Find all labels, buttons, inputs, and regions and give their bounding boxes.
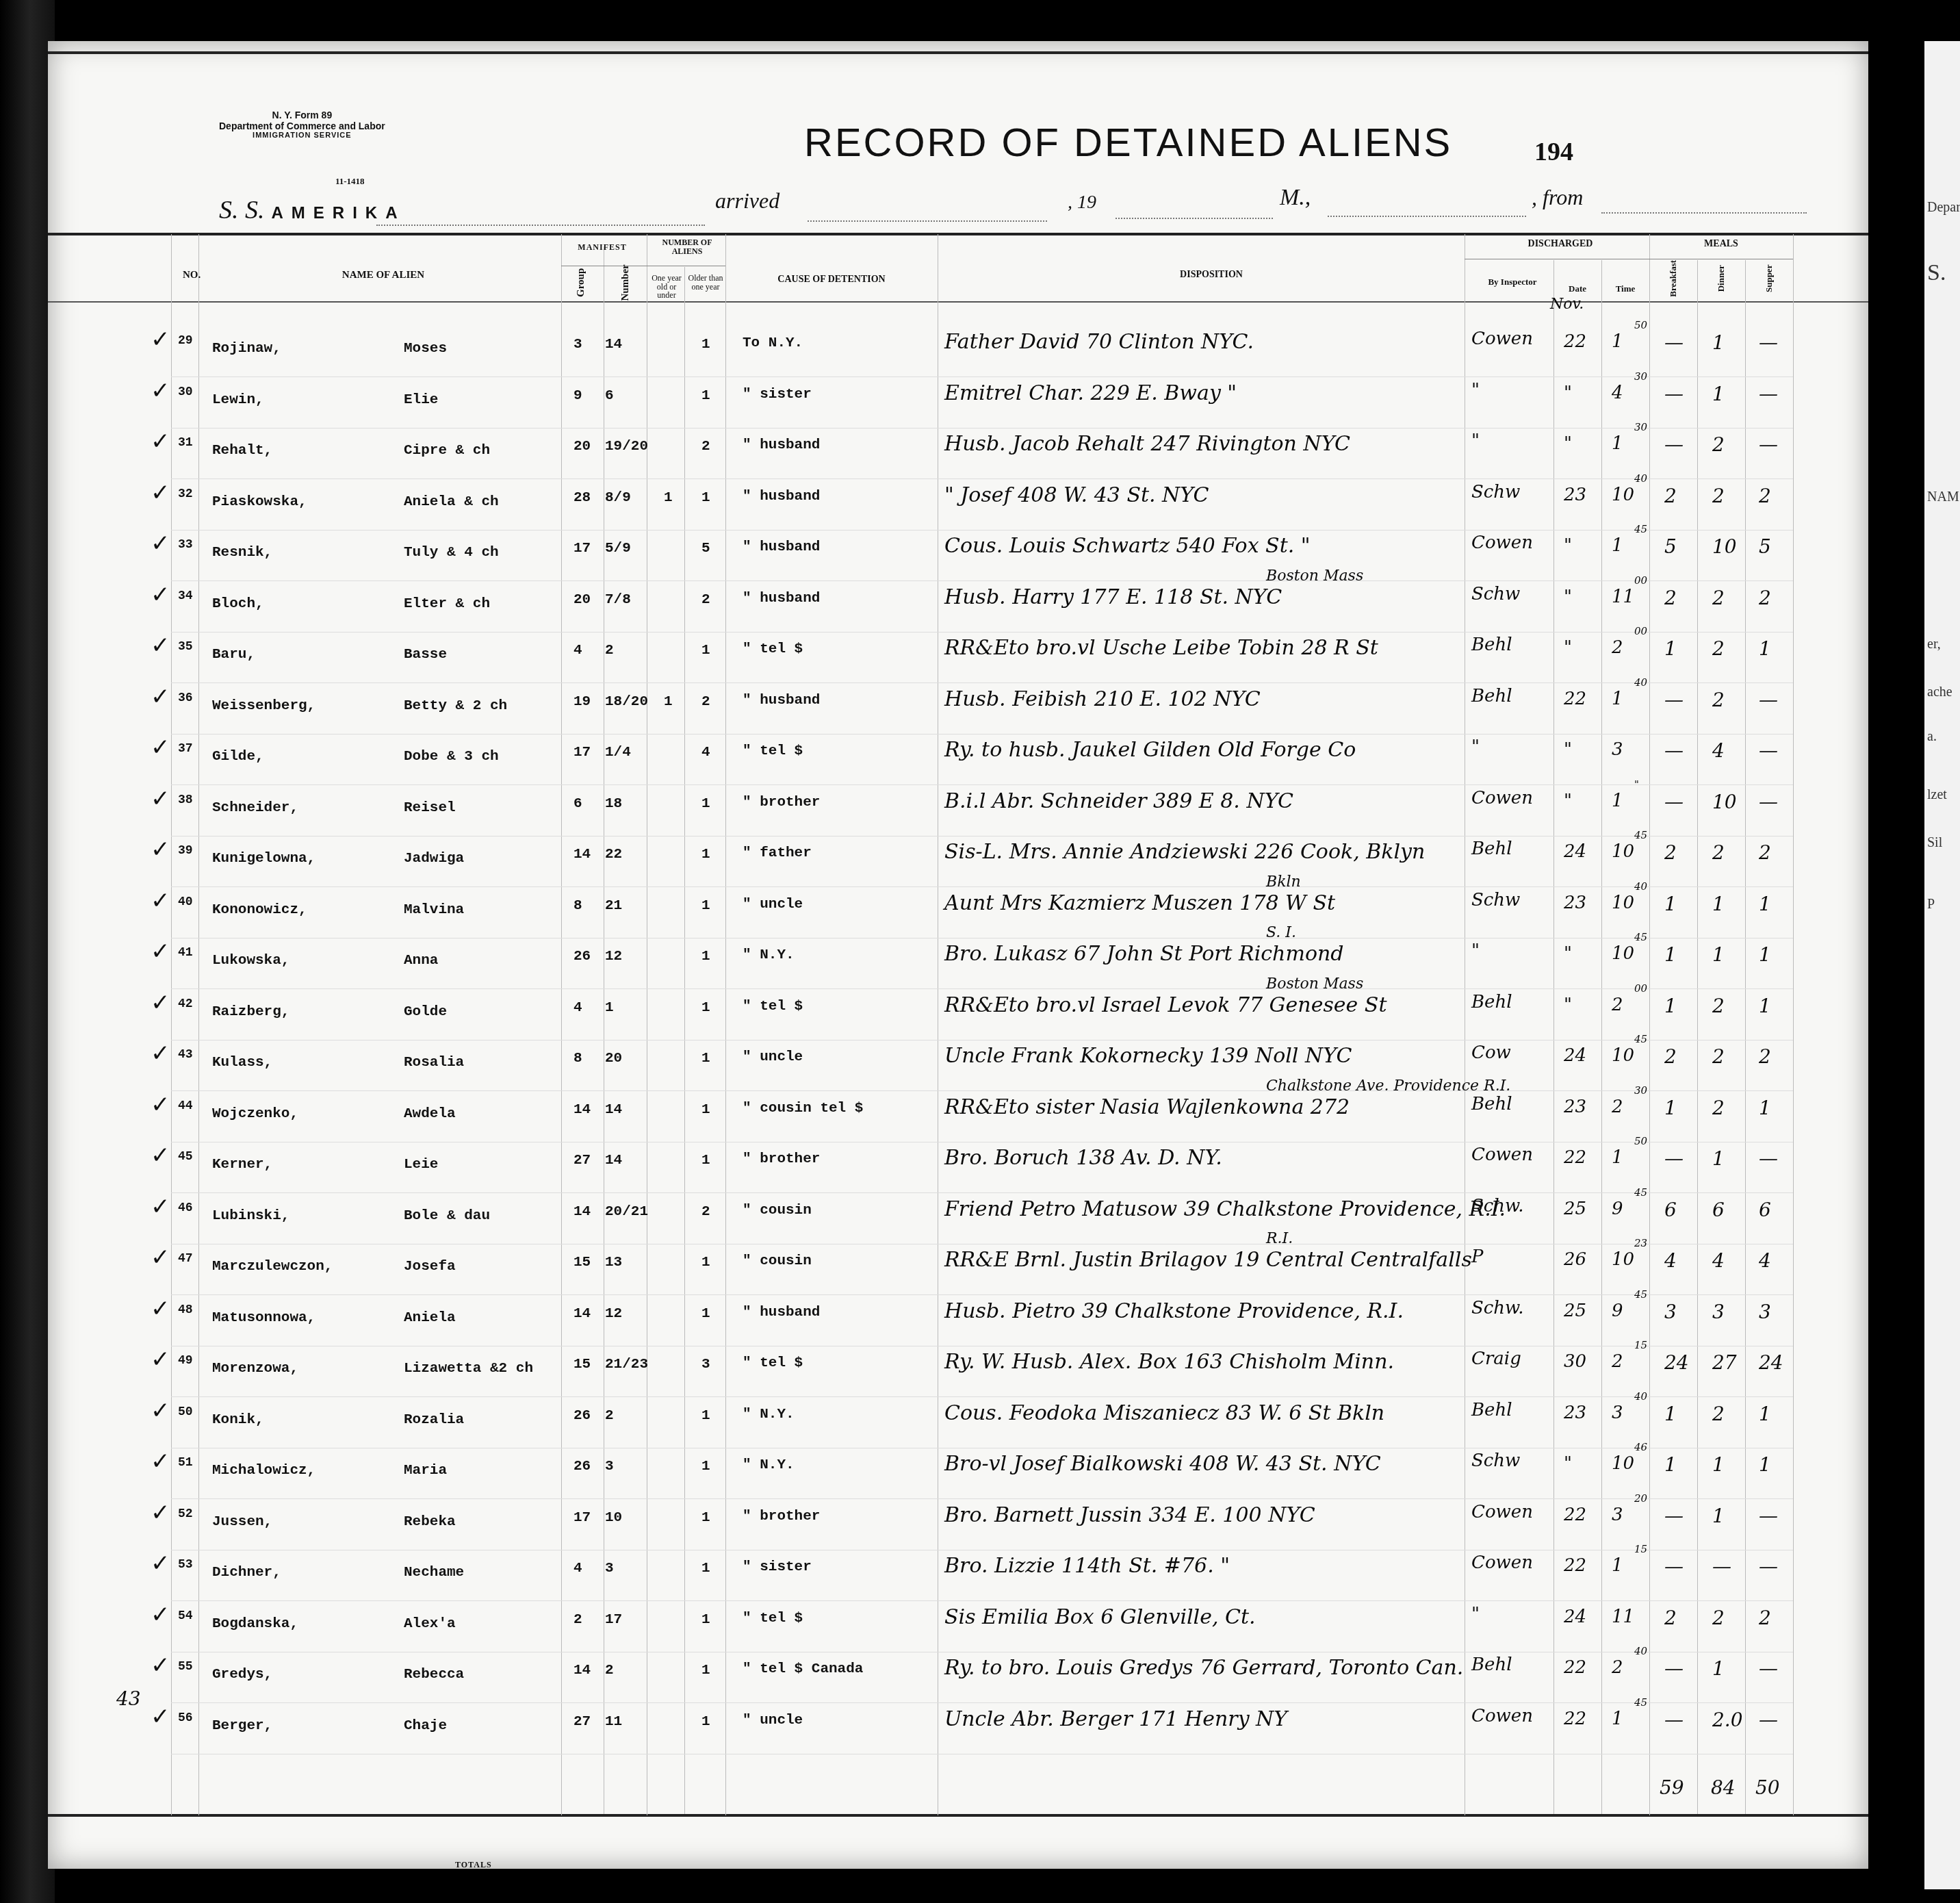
cause-of-detention: " brother xyxy=(743,1509,820,1524)
discharged-date: " xyxy=(1564,535,1572,556)
meals-dinner: 2 xyxy=(1712,995,1725,1017)
check-mark-icon: ✓ xyxy=(151,377,170,405)
table-row: ✓ 53 Dichner, Nechame 4 3 1 " sister Bro… xyxy=(48,1553,1868,1602)
meals-breakfast: 2 xyxy=(1664,841,1677,864)
count-older-than-one-year: 1 xyxy=(701,1663,710,1678)
row-rule xyxy=(171,938,1793,938)
meals-breakfast: 1 xyxy=(1664,1453,1677,1476)
row-rule xyxy=(171,1498,1793,1499)
meals-breakfast: 4 xyxy=(1664,1249,1677,1272)
cause-of-detention: " cousin xyxy=(743,1253,812,1269)
alien-given-name: Betty & 2 ch xyxy=(404,698,507,714)
discharged-time: 10 xyxy=(1612,893,1634,913)
manifest-number: 12 xyxy=(605,1306,622,1322)
meals-supper: 1 xyxy=(1759,995,1771,1017)
meals-supper: — xyxy=(1759,791,1778,813)
meals-dinner: 2 xyxy=(1712,1097,1725,1119)
meals-dinner: 2.0 xyxy=(1712,1709,1743,1731)
table-row: ✓ 45 Kerner, Leie 27 14 1 " brother Bro.… xyxy=(48,1145,1868,1194)
alien-given-name: Leie xyxy=(404,1157,438,1173)
disposition: Emitrel Char. 229 E. Bway " xyxy=(944,381,1237,405)
top-rule xyxy=(48,51,1868,54)
check-mark-icon: ✓ xyxy=(151,1244,170,1271)
discharged-time-minutes: 00 xyxy=(1634,574,1647,587)
alien-given-name: Reisel xyxy=(404,800,456,816)
column-header-number: Number xyxy=(621,259,632,307)
disposition: " Josef 408 W. 43 St. NYC xyxy=(944,483,1209,507)
alien-given-name: Aniela xyxy=(404,1310,456,1326)
discharged-by-inspector: Behl xyxy=(1471,1400,1512,1420)
row-number: 38 xyxy=(178,793,193,807)
cause-of-detention: " husband xyxy=(743,693,820,708)
meals-breakfast: 1 xyxy=(1664,943,1677,966)
meals-breakfast: — xyxy=(1664,1555,1684,1578)
disposition: RR&Eto sister Nasia Wajlenkowna 272 xyxy=(944,1095,1350,1119)
row-rule xyxy=(171,530,1793,531)
manifest-group: 19 xyxy=(573,694,591,710)
discharged-date: 24 xyxy=(1564,841,1586,862)
check-mark-icon: ✓ xyxy=(151,887,170,915)
column-header-cause: CAUSE OF DETENTION xyxy=(732,275,931,285)
discharged-date: 23 xyxy=(1564,893,1586,913)
disposition: Father David 70 Clinton NYC. xyxy=(944,330,1254,354)
table-row: ✓ 35 Baru, Basse 4 2 1 " tel $ RR&Eto br… xyxy=(48,635,1868,684)
table-row: ✓ 32 Piaskowska, Aniela & ch 28 8/9 1 1 … xyxy=(48,482,1868,531)
cause-of-detention: To N.Y. xyxy=(743,335,803,351)
table-row: ✓ 39 Kunigelowna, Jadwiga 14 22 1 " fath… xyxy=(48,839,1868,888)
meals-dinner: 10 xyxy=(1712,535,1737,558)
alien-surname: Morenzowa, xyxy=(212,1361,298,1377)
meals-supper: 3 xyxy=(1759,1301,1771,1323)
discharged-date: 23 xyxy=(1564,1097,1586,1117)
manifest-number: 3 xyxy=(605,1459,614,1474)
discharged-time: 11 xyxy=(1612,1607,1634,1627)
cause-of-detention: " tel $ xyxy=(743,641,803,657)
alien-surname: Rehalt, xyxy=(212,443,272,459)
discharged-time-minutes: 50 xyxy=(1634,1135,1647,1147)
meals-supper: — xyxy=(1759,1555,1778,1578)
manifest-group: 8 xyxy=(573,898,582,914)
discharged-date: " xyxy=(1564,739,1572,760)
check-mark-icon: ✓ xyxy=(151,683,170,711)
manifest-number: 14 xyxy=(605,1153,622,1168)
alien-surname: Bogdanska, xyxy=(212,1616,298,1632)
manifest-number: 1 xyxy=(605,1000,614,1016)
meals-breakfast: — xyxy=(1664,791,1684,813)
meals-supper: — xyxy=(1759,383,1778,405)
discharged-time: 3 xyxy=(1612,1403,1623,1423)
table-row: ✓ 44 Wojczenko, Awdela 14 14 1 " cousin … xyxy=(48,1094,1868,1143)
row-rule xyxy=(171,836,1793,836)
adjacent-page-text: P xyxy=(1927,897,1935,912)
cause-of-detention: " sister xyxy=(743,1559,812,1575)
manifest-number: 21/23 xyxy=(605,1357,648,1372)
check-mark-icon: ✓ xyxy=(151,581,170,609)
alien-surname: Jussen, xyxy=(212,1514,272,1530)
table-row: ✓ 33 Resnik, Tuly & 4 ch 17 5/9 5 " husb… xyxy=(48,533,1868,582)
disposition-note: Bkln xyxy=(1266,873,1301,891)
discharged-time-minutes: 45 xyxy=(1634,1696,1647,1709)
alien-given-name: Awdela xyxy=(404,1106,456,1122)
discharged-by-inspector: Behl xyxy=(1471,839,1512,859)
discharged-date: " xyxy=(1564,433,1572,454)
column-header-name: NAME OF ALIEN xyxy=(253,270,513,281)
discharged-time: 1 xyxy=(1612,1555,1623,1576)
table-row: ✓ 55 Gredys, Rebecca 14 2 1 " tel $ Cana… xyxy=(48,1655,1868,1704)
check-mark-icon: ✓ xyxy=(151,530,170,557)
total-breakfast: 59 xyxy=(1660,1776,1684,1799)
check-mark-icon: ✓ xyxy=(151,1601,170,1629)
discharged-date: 22 xyxy=(1564,1555,1586,1576)
row-rule xyxy=(171,428,1793,429)
alien-surname: Weissenberg, xyxy=(212,698,315,714)
meals-breakfast: 1 xyxy=(1664,1097,1677,1119)
disposition: Uncle Frank Kokornecky 139 Noll NYC xyxy=(944,1044,1352,1068)
row-number: 55 xyxy=(178,1660,193,1674)
arrived-label: arrived xyxy=(715,188,779,214)
cause-of-detention: " N.Y. xyxy=(743,1407,795,1422)
disposition: Aunt Mrs Kazmierz Muszen 178 W St xyxy=(944,891,1335,915)
total-supper: 50 xyxy=(1755,1776,1780,1799)
alien-given-name: Jadwiga xyxy=(404,851,464,867)
discharged-by-inspector: Behl xyxy=(1471,992,1512,1012)
discharged-by-inspector: Cowen xyxy=(1471,1145,1533,1165)
alien-given-name: Chaje xyxy=(404,1718,447,1734)
alien-surname: Gredys, xyxy=(212,1667,272,1683)
meals-breakfast: 1 xyxy=(1664,1403,1677,1425)
meals-supper: — xyxy=(1759,689,1778,711)
row-rule xyxy=(171,784,1793,785)
meals-supper: 5 xyxy=(1759,535,1771,558)
discharged-time: 1 xyxy=(1612,1709,1623,1729)
check-mark-icon: ✓ xyxy=(151,326,170,353)
alien-surname: Lewin, xyxy=(212,392,264,408)
column-header-meals: MEALS xyxy=(1653,240,1790,250)
row-rule xyxy=(171,734,1793,735)
discharged-time-minutes: 30 xyxy=(1634,421,1647,433)
row-number: 48 xyxy=(178,1303,193,1317)
manifest-number: 1/4 xyxy=(605,745,631,761)
discharged-time: 3 xyxy=(1612,739,1623,760)
table-row: ✓ 54 Bogdanska, Alex'a 2 17 1 " tel $ Si… xyxy=(48,1604,1868,1653)
count-older-than-one-year: 3 xyxy=(701,1357,710,1372)
row-rule xyxy=(171,632,1793,633)
meals-dinner: — xyxy=(1712,1555,1731,1578)
alien-surname: Kerner, xyxy=(212,1157,272,1173)
adjacent-page-text: NAM xyxy=(1927,489,1959,505)
row-number: 43 xyxy=(178,1048,193,1062)
manifest-number: 8/9 xyxy=(605,490,631,506)
alien-given-name: Maria xyxy=(404,1463,447,1479)
discharged-time: 9 xyxy=(1612,1199,1623,1219)
meals-supper: 1 xyxy=(1759,637,1771,660)
count-older-than-one-year: 4 xyxy=(701,745,710,761)
cause-of-detention: " sister xyxy=(743,387,812,403)
row-number: 56 xyxy=(178,1711,193,1725)
count-older-than-one-year: 1 xyxy=(701,1306,710,1322)
alien-given-name: Rebecca xyxy=(404,1667,464,1683)
row-number: 32 xyxy=(178,487,193,501)
manifest-number: 7/8 xyxy=(605,592,631,608)
discharged-by-inspector: Behl xyxy=(1471,1655,1512,1675)
check-mark-icon: ✓ xyxy=(151,1091,170,1119)
meals-breakfast: — xyxy=(1664,1657,1684,1680)
dotted-fill-line xyxy=(808,220,1047,222)
check-mark-icon: ✓ xyxy=(151,1295,170,1323)
discharged-by-inspector: Schw xyxy=(1471,1451,1520,1471)
meals-dinner: 3 xyxy=(1712,1301,1725,1323)
discharged-by-inspector: Schw. xyxy=(1471,1196,1524,1216)
row-rule xyxy=(171,1448,1793,1448)
column-header-dinner: Dinner xyxy=(1716,255,1726,303)
check-mark-icon: ✓ xyxy=(151,1040,170,1067)
row-number: 42 xyxy=(178,997,193,1011)
count-older-than-one-year: 1 xyxy=(701,1255,710,1270)
discharged-time: 2 xyxy=(1612,995,1623,1015)
meals-dinner: 2 xyxy=(1712,587,1725,609)
column-header-manifest: MANIFEST xyxy=(565,243,640,252)
discharged-date: 22 xyxy=(1564,1657,1586,1678)
meals-breakfast: — xyxy=(1664,1709,1684,1731)
manifest-number: 14 xyxy=(605,1102,622,1118)
discharged-time: 2 xyxy=(1612,1657,1623,1678)
discharged-by-inspector: " xyxy=(1471,380,1480,400)
discharged-time-minutes: 45 xyxy=(1634,829,1647,841)
column-header-supper: Supper xyxy=(1764,255,1774,303)
table-row: ✓ 34 Bloch, Elter & ch 20 7/8 2 " husban… xyxy=(48,584,1868,633)
discharged-date: " xyxy=(1564,995,1572,1015)
disposition: Cous. Feodoka Miszaniecz 83 W. 6 St Bkln xyxy=(944,1401,1384,1425)
manifest-number: 11 xyxy=(605,1714,622,1730)
count-older-than-one-year: 1 xyxy=(701,1408,710,1424)
meals-supper: — xyxy=(1759,331,1778,354)
discharged-date: 25 xyxy=(1564,1199,1586,1219)
disposition: Sis-L. Mrs. Annie Andziewski 226 Cook, B… xyxy=(944,840,1425,864)
count-older-than-one-year: 1 xyxy=(701,1000,710,1016)
subheader-rule xyxy=(1465,259,1793,259)
discharged-date: " xyxy=(1564,791,1572,811)
check-mark-icon: ✓ xyxy=(151,734,170,761)
discharged-date: 22 xyxy=(1564,1147,1586,1168)
manifest-group: 17 xyxy=(573,1510,591,1526)
row-number: 35 xyxy=(178,640,193,654)
table-row: ✓ 49 Morenzowa, Lizawetta &2 ch 15 21/23… xyxy=(48,1349,1868,1398)
disposition: Ry. W. Husb. Alex. Box 163 Chisholm Minn… xyxy=(944,1350,1394,1374)
discharged-by-inspector: Schw xyxy=(1471,584,1520,604)
meals-dinner: 2 xyxy=(1712,1403,1725,1425)
row-number: 49 xyxy=(178,1354,193,1368)
from-label: , from xyxy=(1532,185,1583,210)
manifest-group: 14 xyxy=(573,847,591,863)
cause-of-detention: " tel $ xyxy=(743,999,803,1014)
check-mark-icon: ✓ xyxy=(151,785,170,813)
meals-dinner: 1 xyxy=(1712,1147,1725,1170)
discharged-by-inspector: Cow xyxy=(1471,1043,1511,1063)
disposition: Husb. Feibish 210 E. 102 NYC xyxy=(944,687,1261,711)
meals-breakfast: 1 xyxy=(1664,893,1677,915)
alien-surname: Lukowska, xyxy=(212,953,289,969)
discharged-time-minutes: 45 xyxy=(1634,1186,1647,1199)
row-number: 37 xyxy=(178,742,193,756)
meals-breakfast: — xyxy=(1664,1147,1684,1170)
alien-given-name: Lizawetta &2 ch xyxy=(404,1361,533,1377)
meals-dinner: 1 xyxy=(1712,1453,1725,1476)
row-rule xyxy=(171,1294,1793,1295)
row-number: 46 xyxy=(178,1201,193,1215)
row-rule xyxy=(171,1396,1793,1397)
discharged-time-minutes: 40 xyxy=(1634,1645,1647,1657)
manifest-group: 6 xyxy=(573,796,582,812)
cause-of-detention: " husband xyxy=(743,489,820,505)
month-note: Nov. xyxy=(1550,296,1584,313)
alien-given-name: Rozalia xyxy=(404,1412,464,1428)
meals-supper: 2 xyxy=(1759,1607,1771,1629)
cause-of-detention: " brother xyxy=(743,1151,820,1167)
total-dinner: 84 xyxy=(1711,1776,1736,1799)
meals-dinner: 2 xyxy=(1712,841,1725,864)
discharged-time: 1 xyxy=(1612,1147,1623,1168)
adjacent-page-edge: Departm S. NAM er, ache a. lzet Sil P xyxy=(1924,41,1960,1889)
meals-supper: 2 xyxy=(1759,587,1771,609)
alien-given-name: Elter & ch xyxy=(404,596,490,612)
discharged-by-inspector: " xyxy=(1471,941,1480,961)
meals-breakfast: 5 xyxy=(1664,535,1677,558)
cause-of-detention: " cousin xyxy=(743,1203,812,1218)
alien-surname: Konik, xyxy=(212,1412,264,1428)
manifest-number: 20/21 xyxy=(605,1204,648,1220)
meals-breakfast: 2 xyxy=(1664,1045,1677,1068)
table-row: ✓ 42 Raizberg, Golde 4 1 1 " tel $ RR&Et… xyxy=(48,992,1868,1041)
table-row: ✓ 48 Matusonnowa, Aniela 14 12 1 " husba… xyxy=(48,1298,1868,1347)
meals-supper: 1 xyxy=(1759,1097,1771,1119)
record-sheet: N. Y. Form 89 Department of Commerce and… xyxy=(48,41,1868,1869)
table-row: ✓ 40 Kononowicz, Malvina 8 21 1 " uncle … xyxy=(48,890,1868,939)
row-rule xyxy=(171,1550,1793,1550)
cause-of-detention: " uncle xyxy=(743,1049,803,1065)
count-older-than-one-year: 1 xyxy=(701,1153,710,1168)
check-mark-icon: ✓ xyxy=(151,1703,170,1730)
discharged-time-minutes: 00 xyxy=(1634,625,1647,637)
service-name: IMMIGRATION SERVICE xyxy=(219,131,385,140)
row-number: 51 xyxy=(178,1456,193,1470)
alien-surname: Marczulewczon, xyxy=(212,1259,333,1275)
year-label: , 19 xyxy=(1068,192,1096,214)
discharged-time-minutes: 30 xyxy=(1634,1084,1647,1097)
manifest-group: 28 xyxy=(573,490,591,506)
table-row: ✓ 46 Lubinski, Bole & dau 14 20/21 2 " c… xyxy=(48,1196,1868,1245)
manifest-group: 17 xyxy=(573,541,591,557)
alien-surname: Matusonnowa, xyxy=(212,1310,315,1326)
disposition: Bro. Barnett Jussin 334 E. 100 NYC xyxy=(944,1503,1315,1527)
discharged-by-inspector: Cowen xyxy=(1471,1706,1533,1726)
discharged-time-minutes: 46 xyxy=(1634,1441,1647,1453)
manifest-number: 6 xyxy=(605,388,614,404)
meals-supper: — xyxy=(1759,739,1778,762)
manifest-group: 27 xyxy=(573,1714,591,1730)
discharged-time-minutes: 40 xyxy=(1634,880,1647,893)
meals-dinner: 1 xyxy=(1712,1505,1725,1527)
manifest-group: 14 xyxy=(573,1663,591,1678)
discharged-time: 1 xyxy=(1612,791,1623,811)
alien-given-name: Dobe & 3 ch xyxy=(404,749,499,765)
meals-breakfast: 24 xyxy=(1664,1351,1689,1374)
row-rule xyxy=(171,376,1793,377)
meals-supper: — xyxy=(1759,1505,1778,1527)
cause-of-detention: " husband xyxy=(743,591,820,606)
meals-breakfast: — xyxy=(1664,383,1684,405)
meals-breakfast: 2 xyxy=(1664,1607,1677,1629)
adjacent-page-text: a. xyxy=(1927,729,1937,745)
meals-breakfast: 3 xyxy=(1664,1301,1677,1323)
ship-line: S. S.AMERIKA xyxy=(219,195,406,225)
manifest-number: 22 xyxy=(605,847,622,863)
meals-supper: 6 xyxy=(1759,1199,1771,1221)
discharged-time: 10 xyxy=(1612,841,1634,862)
count-older-than-one-year: 1 xyxy=(701,1612,710,1628)
count-older-than-one-year: 1 xyxy=(701,337,710,353)
disposition: Bro. Boruch 138 Av. D. NY. xyxy=(944,1146,1222,1170)
discharged-time-minutes: 20 xyxy=(1634,1492,1647,1505)
row-number: 34 xyxy=(178,589,193,603)
manifest-number: 10 xyxy=(605,1510,622,1526)
manifest-number: 19/20 xyxy=(605,439,648,455)
column-header-disposition: DISPOSITION xyxy=(1109,270,1314,281)
totals-label: TOTALS xyxy=(455,1860,492,1870)
discharged-time: 9 xyxy=(1612,1301,1623,1321)
row-rule xyxy=(171,580,1793,581)
dotted-fill-line xyxy=(376,225,705,226)
discharged-time-minutes: 45 xyxy=(1634,931,1647,943)
column-header-breakfast: Breakfast xyxy=(1668,255,1678,303)
meals-supper: 1 xyxy=(1759,1403,1771,1425)
discharged-time-minutes: 15 xyxy=(1634,1339,1647,1351)
meals-dinner: 1 xyxy=(1712,893,1725,915)
alien-given-name: Rebeka xyxy=(404,1514,456,1530)
check-mark-icon: ✓ xyxy=(151,1193,170,1221)
alien-given-name: Anna xyxy=(404,953,438,969)
dotted-fill-line xyxy=(1116,218,1273,219)
count-older-than-one-year: 2 xyxy=(701,439,710,455)
discharged-by-inspector: Cowen xyxy=(1471,1502,1533,1522)
row-number: 41 xyxy=(178,946,193,960)
cause-of-detention: " cousin tel $ xyxy=(743,1101,863,1116)
alien-given-name: Golde xyxy=(404,1004,447,1020)
manifest-number: 21 xyxy=(605,898,622,914)
discharged-date: " xyxy=(1564,1453,1572,1474)
discharged-date: " xyxy=(1564,637,1572,658)
discharged-time-minutes: 15 xyxy=(1634,1543,1647,1555)
disposition: Ry. to husb. Jaukel Gilden Old Forge Co xyxy=(944,738,1356,762)
discharged-by-inspector: Schw xyxy=(1471,890,1520,910)
totals-rule xyxy=(48,1814,1868,1817)
alien-given-name: Elie xyxy=(404,392,438,408)
manifest-number: 18/20 xyxy=(605,694,648,710)
meals-dinner: 1 xyxy=(1712,331,1725,354)
row-rule xyxy=(171,1600,1793,1601)
alien-given-name: Malvina xyxy=(404,902,464,918)
meals-dinner: 4 xyxy=(1712,1249,1725,1272)
meals-breakfast: 1 xyxy=(1664,637,1677,660)
disposition-note: Boston Mass xyxy=(1266,975,1363,993)
discharged-date: 25 xyxy=(1564,1301,1586,1321)
discharged-time-minutes: 40 xyxy=(1634,1390,1647,1403)
disposition: RR&Eto bro.vl Israel Levok 77 Genesee St xyxy=(944,993,1387,1017)
alien-surname: Kulass, xyxy=(212,1055,272,1071)
row-number: 50 xyxy=(178,1405,193,1419)
discharged-date: " xyxy=(1564,943,1572,964)
row-rule xyxy=(171,1346,1793,1346)
manifest-group: 27 xyxy=(573,1153,591,1168)
